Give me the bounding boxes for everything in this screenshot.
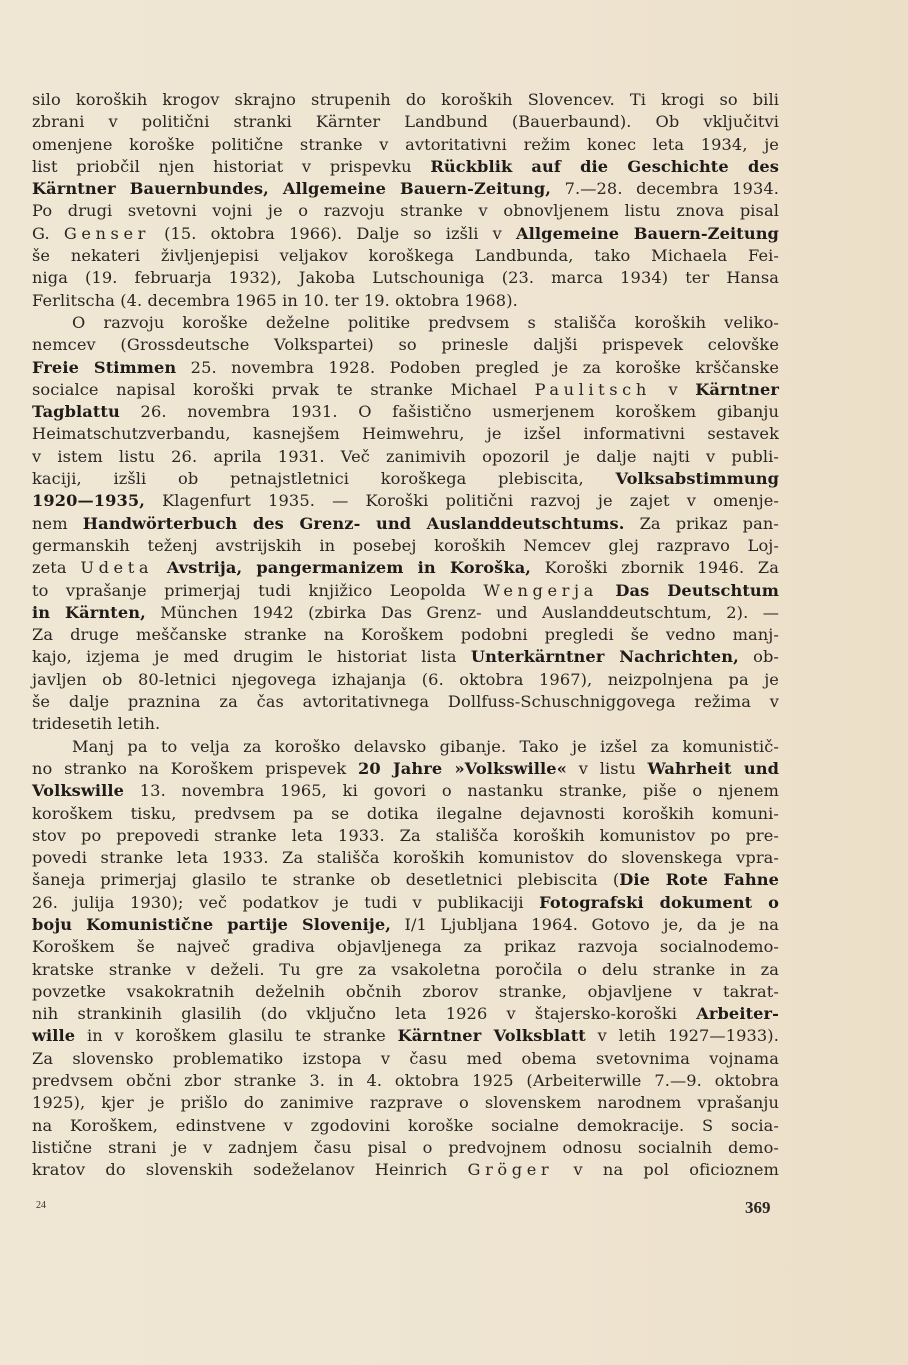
text-line: niga (19. februarja 1932), Jakoba Lutsch… [32,267,779,289]
body-text: nih strankinih glasilih (do vključno let… [32,1004,696,1023]
text-line: Za slovensko problematiko izstopa v času… [32,1048,779,1070]
body-text: München 1942 (zbirka Das Grenz- und Ausl… [146,603,779,622]
body-text: list priobčil njen historiat v prispevku [32,157,430,176]
body-text: 25. novembra 1928. Podoben pregled je za… [176,358,779,377]
text-line: germanskih teženj avstrijskih in posebej… [32,535,779,557]
text-line: G. Genser (15. oktobra 1966). Dalje so i… [32,223,779,245]
bold-title-text: Wahrheit und [648,759,779,778]
text-line: šaneja primerjaj glasilo te stranke ob d… [32,869,779,891]
bold-title-text: Allgemeine Bauern-Zeitung [516,224,779,243]
bold-title-text: Die Rote Fahne [619,870,779,889]
bold-title-text: Volksabstimmung [615,469,779,488]
text-line: zbrani v politični stranki Kärnter Landb… [32,111,779,133]
text-line: javljen ob 80-letnici njegovega izhajanj… [32,669,779,691]
body-text: povzetke vsakokratnih deželnih občnih zb… [32,982,779,1001]
body-text: zeta [32,558,80,577]
bold-title-text: 20 Jahre »Volkswille« [358,759,567,778]
body-text: Manj pa to velja za koroško delavsko gib… [72,737,779,756]
body-text: Za druge meščanske stranke na Koroškem p… [32,625,779,644]
text-line: povedi stranke leta 1933. Za stališča ko… [32,847,779,869]
text-line: socialce napisal koroški prvak te strank… [32,379,779,401]
body-text: to vprašanje primerjaj tudi knjižico Leo… [32,581,483,600]
body-text: Klagenfurt 1935. — Koroški politični raz… [145,491,779,510]
text-line: še nekateri življenjepisi veljakov koroš… [32,245,779,267]
body-text: koroškem tisku, predvsem pa se dotika il… [32,804,779,823]
text-line: Koroškem še največ gradiva objavljenega … [32,936,779,958]
text-line: Po drugi svetovni vojni je o razvoju str… [32,200,779,222]
text-line: Heimatschutzverbandu, kasnejšem Heimwehr… [32,423,779,445]
body-text: 1925), kjer je prišlo do zanimive razpra… [32,1093,779,1112]
bold-title-text: in Kärnten, [32,603,146,622]
spaced-author-name: Gröger [468,1160,554,1179]
body-text: šaneja primerjaj glasilo te stranke ob d… [32,870,619,889]
bold-title-text: Arbeiter- [696,1004,779,1023]
bold-title-text: Kärntner [695,380,779,399]
text-line: 1925), kjer je prišlo do zanimive razpra… [32,1092,779,1114]
body-text: nemcev (Grossdeutsche Volkspartei) so pr… [32,335,779,354]
bold-title-text: Kärntner Bauernbundes, Allgemeine Bauern… [32,179,551,198]
bold-title-text: Unterkärntner Nachrichten, [471,647,739,666]
page-number: 369 [745,1198,771,1218]
bold-title-text: Das Deutschtum [615,581,779,600]
body-text: Koroški zbornik 1946. Za [531,558,779,577]
body-text: Za prikaz pan- [624,514,779,533]
body-text: 26. julija 1930); več podatkov je tudi v… [32,893,539,912]
text-line: O razvoju koroške deželne politike predv… [32,312,779,334]
text-line: tridesetih letih. [32,713,779,735]
body-text: kratske stranke v deželi. Tu gre za vsak… [32,960,779,979]
body-text: I/1 Ljubljana 1964. Gotovo je, da je na [391,915,779,934]
text-line: kaciji, izšli ob petnajstletnici koroške… [32,468,779,490]
spaced-author-name: Udeta [80,558,153,577]
text-line: še dalje praznina za čas avtoritativnega… [32,691,779,713]
bold-title-text: 1920—1935, [32,491,145,510]
body-text: niga (19. februarja 1932), Jakoba Lutsch… [32,268,779,287]
text-line: koroškem tisku, predvsem pa se dotika il… [32,803,779,825]
text-line: kratske stranke v deželi. Tu gre za vsak… [32,959,779,981]
body-text: Po drugi svetovni vojni je o razvoju str… [32,201,779,220]
body-text: G. [32,224,64,243]
body-text: socialce napisal koroški prvak te strank… [32,380,535,399]
text-line: 1920—1935, Klagenfurt 1935. — Koroški po… [32,490,779,512]
body-text: zbrani v politični stranki Kärnter Landb… [32,112,779,131]
bold-title-text: Handwörterbuch des Grenz- und Auslanddeu… [83,514,625,533]
spaced-author-name: Wengerja [483,581,597,600]
text-line: nem Handwörterbuch des Grenz- und Auslan… [32,513,779,535]
text-line: 26. julija 1930); več podatkov je tudi v… [32,892,779,914]
bold-title-text: Volkswille [32,781,124,800]
body-text: v na pol oficioznem [553,1160,779,1179]
text-line: nemcev (Grossdeutsche Volkspartei) so pr… [32,334,779,356]
body-text [153,558,167,577]
text-line: kratov do slovenskih sodeželanov Heinric… [32,1159,779,1181]
body-text: Koroškem še največ gradiva objavljenega … [32,937,779,956]
body-text: povedi stranke leta 1933. Za stališča ko… [32,848,779,867]
body-text: v istem listu 26. aprila 1931. Več zanim… [32,447,779,466]
body-text: in v koroškem glasilu te stranke [75,1026,397,1045]
bold-title-text: Tagblattu [32,402,120,421]
text-line: Ferlitscha (4. decembra 1965 in 10. ter … [32,290,779,312]
text-line: Volkswille 13. novembra 1965, ki govori … [32,780,779,802]
text-line: kajo, izjema je med drugim le historiat … [32,646,779,668]
text-line: stov po prepovedi stranke leta 1933. Za … [32,825,779,847]
body-text: germanskih teženj avstrijskih in posebej… [32,536,779,555]
text-line: Kärntner Bauernbundes, Allgemeine Bauern… [32,178,779,200]
text-line: Manj pa to velja za koroško delavsko gib… [32,736,779,758]
text-line: boju Komunistične partije Slovenije, I/1… [32,914,779,936]
text-line: list priobčil njen historiat v prispevku… [32,156,779,178]
body-text: kaciji, izšli ob petnajstletnici koroške… [32,469,615,488]
body-text: stov po prepovedi stranke leta 1933. Za … [32,826,779,845]
body-text: silo koroških krogov skrajno strupenih d… [32,90,779,109]
text-line: povzetke vsakokratnih deželnih občnih zb… [32,981,779,1003]
body-text: (15. oktobra 1966). Dalje so izšli v [150,224,516,243]
body-text: v letih 1927—1933). [586,1026,779,1045]
bold-title-text: Fotografski dokument o [539,893,779,912]
text-line: listične strani je v zadnjem času pisal … [32,1137,779,1159]
text-line: nih strankinih glasilih (do vključno let… [32,1003,779,1025]
text-line: zeta Udeta Avstrija, pangermanizem in Ko… [32,557,779,579]
body-text: Heimatschutzverbandu, kasnejšem Heimwehr… [32,424,779,443]
body-text: tridesetih letih. [32,714,160,733]
bold-title-text: boju Komunistične partije Slovenije, [32,915,391,934]
body-text: predvsem občni zbor stranke 3. in 4. okt… [32,1071,779,1090]
bold-title-text: Kärntner Volksblatt [398,1026,586,1045]
text-line: Za druge meščanske stranke na Koroškem p… [32,624,779,646]
spaced-author-name: Paulitsch [535,380,651,399]
body-text: nem [32,514,83,533]
body-text: javljen ob 80-letnici njegovega izhajanj… [32,670,779,689]
text-line: predvsem občni zbor stranke 3. in 4. okt… [32,1070,779,1092]
printer-signature-mark: 24 [36,1200,46,1211]
text-line: no stranko na Koroškem prispevek 20 Jahr… [32,758,779,780]
body-text: v listu [567,759,648,778]
text-line: omenjene koroške politične stranke v avt… [32,134,779,156]
body-text: na Koroškem, edinstvene v zgodovini koro… [32,1116,779,1135]
page-body-text: silo koroških krogov skrajno strupenih d… [32,89,779,1182]
body-text: 13. novembra 1965, ki govori o nastanku … [124,781,779,800]
body-text: še dalje praznina za čas avtoritativnega… [32,692,779,711]
body-text: 26. novembra 1931. O fašistično usmerjen… [120,402,779,421]
body-text: še nekateri življenjepisi veljakov koroš… [32,246,779,265]
text-line: Tagblattu 26. novembra 1931. O fašističn… [32,401,779,423]
body-text: ob- [739,647,779,666]
spaced-author-name: Genser [64,224,150,243]
text-line: v istem listu 26. aprila 1931. Več zanim… [32,446,779,468]
body-text: listične strani je v zadnjem času pisal … [32,1138,779,1157]
bold-title-text: Freie Stimmen [32,358,176,377]
body-text: O razvoju koroške deželne politike predv… [72,313,779,332]
body-text: no stranko na Koroškem prispevek [32,759,358,778]
bold-title-text: Rückblik auf die Geschichte des [430,157,779,176]
body-text: kratov do slovenskih sodeželanov Heinric… [32,1160,468,1179]
text-line: to vprašanje primerjaj tudi knjižico Leo… [32,580,779,602]
text-line: silo koroških krogov skrajno strupenih d… [32,89,779,111]
text-line: in Kärnten, München 1942 (zbirka Das Gre… [32,602,779,624]
body-text: Ferlitscha (4. decembra 1965 in 10. ter … [32,291,518,310]
body-text: 7.—28. decembra 1934. [551,179,779,198]
body-text: omenjene koroške politične stranke v avt… [32,135,779,154]
body-text: Za slovensko problematiko izstopa v času… [32,1049,779,1068]
body-text: v [651,380,695,399]
text-line: wille in v koroškem glasilu te stranke K… [32,1025,779,1047]
bold-title-text: wille [32,1026,75,1045]
text-line: Freie Stimmen 25. novembra 1928. Podoben… [32,357,779,379]
body-text: kajo, izjema je med drugim le historiat … [32,647,471,666]
text-line: na Koroškem, edinstvene v zgodovini koro… [32,1115,779,1137]
body-text [598,581,615,600]
bold-title-text: Avstrija, pangermanizem in Koroška, [167,558,531,577]
